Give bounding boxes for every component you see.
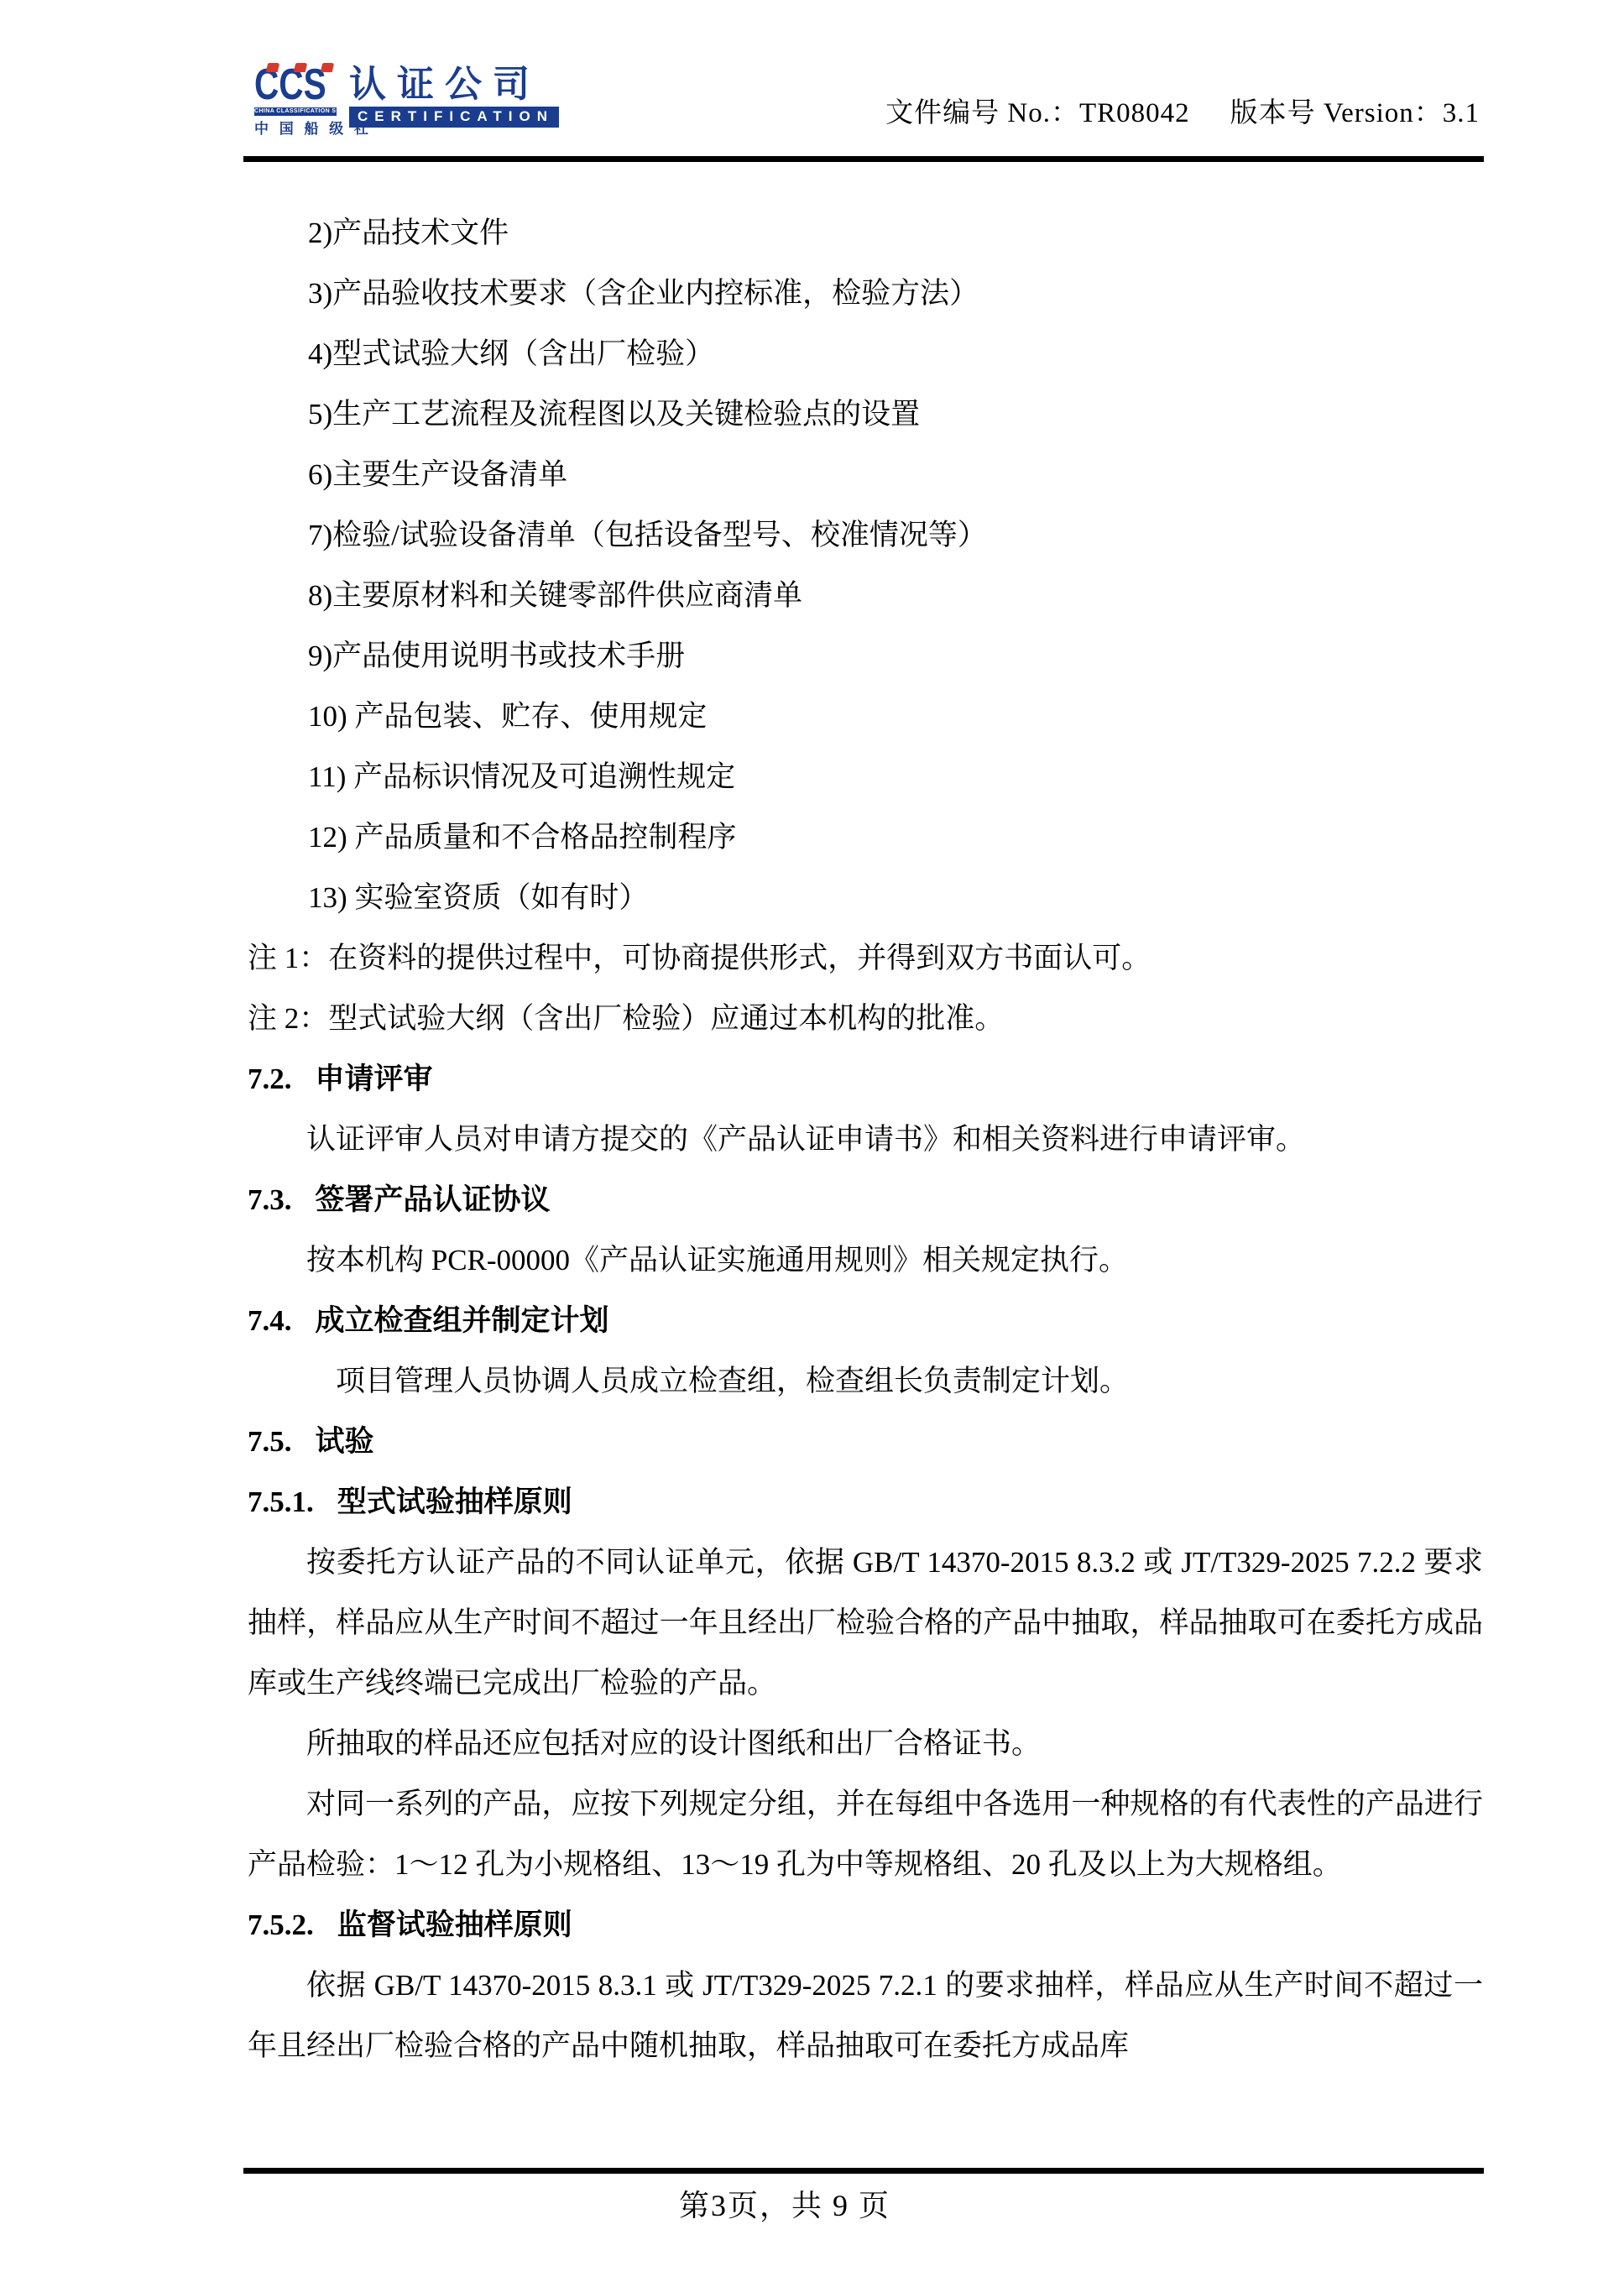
- flame-accent-icon: [294, 63, 308, 72]
- paragraph: 所抽取的样品还应包括对应的设计图纸和出厂合格证书。: [248, 1714, 1483, 1774]
- section-number: 7.5.2.: [248, 1908, 314, 1941]
- section-title: 成立检查组并制定计划: [316, 1304, 609, 1337]
- section-heading: 7.2.申请评审: [248, 1049, 1483, 1110]
- list-item: 11) 产品标识情况及可追溯性规定: [248, 747, 1483, 807]
- list-item: 9)产品使用说明书或技术手册: [248, 626, 1483, 687]
- section-title: 型式试验抽样原则: [337, 1486, 572, 1518]
- section-title: 试验: [316, 1425, 374, 1458]
- logo-left-block: CCS CHINA CLASSIFICATION SOCIETY 中 国 船 级…: [254, 65, 338, 138]
- section-number: 7.3.: [248, 1183, 292, 1216]
- note-line: 注 1：在资料的提供过程中，可协商提供形式，并得到双方书面认可。: [248, 928, 1483, 989]
- company-cn-name: 认证公司: [349, 65, 559, 104]
- society-cn-label: 中 国 船 级 社: [254, 117, 338, 138]
- ccs-letters: CCS: [254, 65, 338, 106]
- section-heading: 7.3.签署产品认证协议: [248, 1170, 1483, 1230]
- paragraph: 按本机构 PCR-00000《产品认证实施通用规则》相关规定执行。: [248, 1230, 1483, 1291]
- section-number: 7.5.1.: [248, 1486, 314, 1518]
- section-heading: 7.5.2.监督试验抽样原则: [248, 1895, 1483, 1955]
- section-title: 签署产品认证协议: [316, 1183, 551, 1216]
- paragraph: 按委托方认证产品的不同认证单元，依据 GB/T 14370-2015 8.3.2…: [248, 1532, 1483, 1714]
- section-number: 7.5.: [248, 1425, 292, 1458]
- paragraph: 认证评审人员对申请方提交的《产品认证申请书》和相关资料进行申请评审。: [248, 1110, 1483, 1170]
- section-number: 7.2.: [248, 1063, 292, 1095]
- version-number: 版本号 Version：3.1: [1230, 98, 1480, 128]
- paragraph: 依据 GB/T 14370-2015 8.3.1 或 JT/T329-2025 …: [248, 1955, 1483, 2076]
- doc-number: 文件编号 No.：TR08042: [885, 98, 1190, 128]
- document-meta: 文件编号 No.：TR08042版本号 Version：3.1: [885, 91, 1480, 130]
- document-body: 2)产品技术文件 3)产品验收技术要求（含企业内控标准，检验方法） 4)型式试验…: [248, 203, 1483, 2076]
- ccs-logo: CCS CHINA CLASSIFICATION SOCIETY 中 国 船 级…: [254, 65, 559, 138]
- flame-accent-icon: [321, 63, 335, 72]
- list-item: 3)产品验收技术要求（含企业内控标准，检验方法）: [248, 264, 1483, 324]
- list-item: 8)主要原材料和关键零部件供应商清单: [248, 566, 1483, 626]
- paragraph: 项目管理人员协调人员成立检查组，检查组长负责制定计划。: [248, 1351, 1483, 1412]
- ccs-wordmark: CCS: [254, 65, 326, 104]
- footer-rule: [243, 2168, 1484, 2174]
- certification-label: CERTIFICATION: [349, 107, 559, 128]
- list-item: 10) 产品包装、贮存、使用规定: [248, 687, 1483, 747]
- section-number: 7.4.: [248, 1304, 292, 1337]
- list-item: 6)主要生产设备清单: [248, 445, 1483, 505]
- section-heading: 7.5.试验: [248, 1412, 1483, 1472]
- logo-right-block: 认证公司 CERTIFICATION: [349, 65, 559, 138]
- section-title: 监督试验抽样原则: [337, 1908, 572, 1941]
- list-item: 2)产品技术文件: [248, 203, 1483, 264]
- paragraph: 对同一系列的产品，应按下列规定分组，并在每组中各选用一种规格的有代表性的产品进行…: [248, 1774, 1483, 1895]
- header-rule: [243, 156, 1484, 162]
- flame-accent-icon: [266, 63, 280, 72]
- list-item: 13) 实验室资质（如有时）: [248, 868, 1483, 928]
- section-heading: 7.5.1.型式试验抽样原则: [248, 1472, 1483, 1532]
- list-item: 5)生产工艺流程及流程图以及关键检验点的设置: [248, 384, 1483, 445]
- list-item: 4)型式试验大纲（含出厂检验）: [248, 324, 1483, 384]
- page-number: 第3页，共 9 页: [0, 2182, 1569, 2225]
- list-item: 7)检验/试验设备清单（包括设备型号、校准情况等）: [248, 505, 1483, 566]
- section-heading: 7.4.成立检查组并制定计划: [248, 1291, 1483, 1351]
- document-page: CCS CHINA CLASSIFICATION SOCIETY 中 国 船 级…: [0, 0, 1624, 2287]
- list-item: 12) 产品质量和不合格品控制程序: [248, 807, 1483, 868]
- note-line: 注 2：型式试验大纲（含出厂检验）应通过本机构的批准。: [248, 989, 1483, 1049]
- section-title: 申请评审: [316, 1063, 433, 1095]
